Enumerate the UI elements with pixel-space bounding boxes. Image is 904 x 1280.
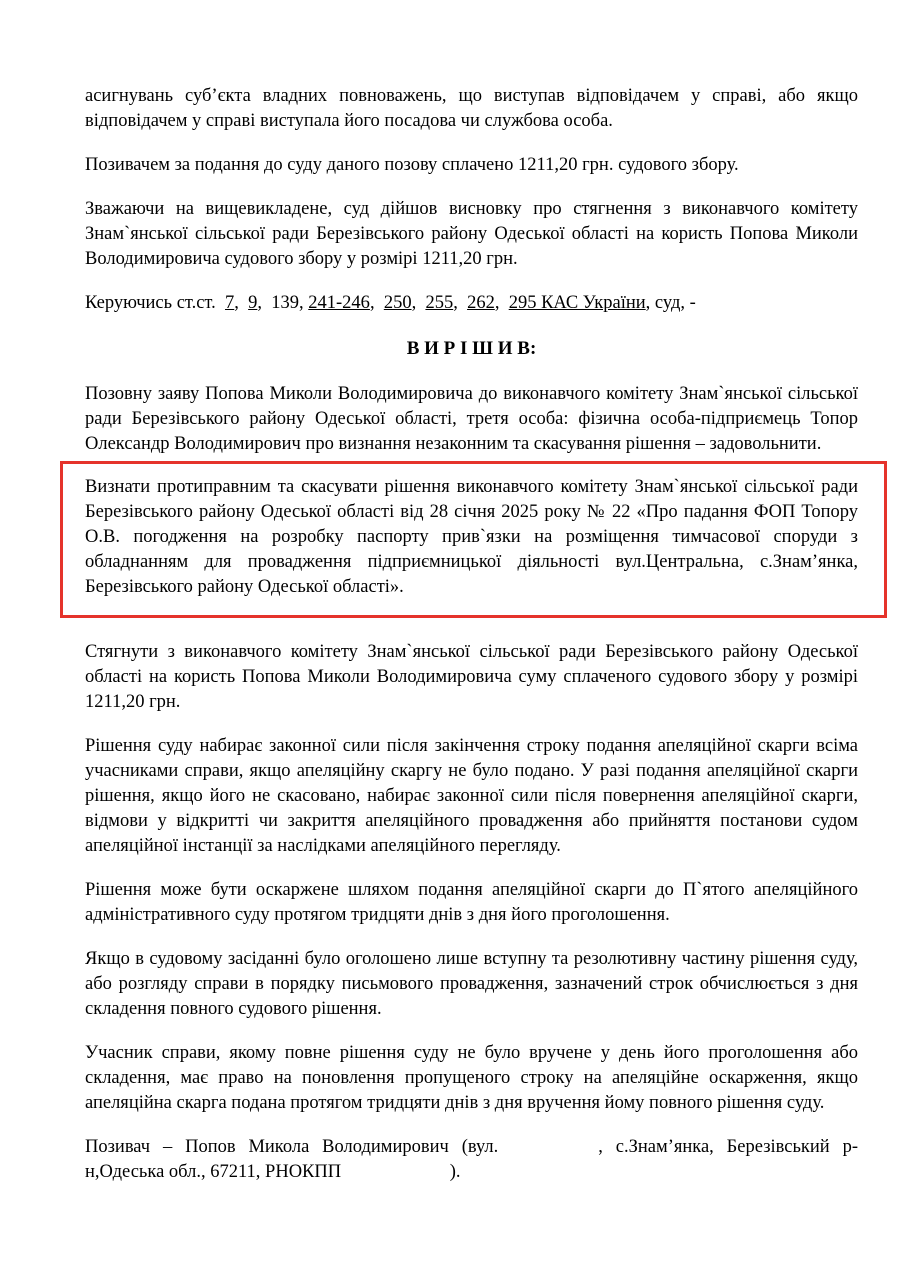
refs-plain-text: , — [453, 293, 467, 313]
refs-plain-text: , — [412, 293, 426, 313]
paragraph-plaintiff-details: Позивач – Попов Микола Володимирович (ву… — [85, 1135, 858, 1185]
paragraph-budget-assignments: асигнувань суб’єкта владних повноважень,… — [85, 84, 858, 134]
statute-link[interactable]: 262 — [467, 293, 495, 313]
statute-link[interactable]: 7 — [225, 293, 234, 313]
paragraph-claim-granted: Позовну заяву Попова Миколи Володимирови… — [85, 382, 858, 457]
refs-plain-text: Керуючись ст.ст. — [85, 293, 225, 313]
paragraph-court-conclusion: Зважаючи на вищевикладене, суд дійшов ви… — [85, 197, 858, 272]
highlight-box: Визнати протиправним та скасувати рішенн… — [60, 461, 887, 618]
statute-link[interactable]: 241-246 — [308, 293, 370, 313]
statute-link[interactable]: 255 — [425, 293, 453, 313]
refs-plain-text: , — [234, 293, 248, 313]
plaintiff-text-start: Позивач – Попов Микола Володимирович (ву… — [85, 1137, 498, 1157]
paragraph-court-fee-paid: Позивачем за подання до суду даного позо… — [85, 153, 858, 178]
paragraph-term-renewal: Учасник справи, якому повне рішення суду… — [85, 1041, 858, 1116]
decision-heading: В И Р І Ш И В: — [85, 336, 858, 361]
statute-link[interactable]: 250 — [384, 293, 412, 313]
refs-plain-text: , — [495, 293, 509, 313]
refs-plain-text: , — [257, 293, 271, 313]
refs-plain-text: , суд, - — [646, 293, 696, 313]
statute-link[interactable]: 9 — [248, 293, 257, 313]
refs-plain-text: 139, — [271, 293, 308, 313]
paragraph-legal-force: Рішення суду набирає законної сили після… — [85, 734, 858, 859]
redacted-gap-street — [498, 1151, 598, 1152]
paragraph-decision-annulled: Визнати протиправним та скасувати рішенн… — [85, 475, 858, 600]
paragraph-fee-recovery: Стягнути з виконавчого комітету Знам`янс… — [85, 640, 858, 715]
legal-refs-line: Керуючись ст.ст. 7, 9, 139, 241-246, 250… — [85, 291, 858, 316]
refs-plain-text: , — [370, 293, 384, 313]
court-decision-page: асигнувань суб’єкта владних повноважень,… — [0, 0, 904, 1280]
redacted-gap-rnokpp — [346, 1176, 450, 1177]
statute-link[interactable]: 295 КАС України — [509, 293, 646, 313]
paragraph-appeal-right: Рішення може бути оскаржене шляхом подан… — [85, 878, 858, 928]
plaintiff-text-end: ). — [450, 1162, 461, 1182]
paragraph-shortened-announcement: Якщо в судовому засіданні було оголошено… — [85, 947, 858, 1022]
